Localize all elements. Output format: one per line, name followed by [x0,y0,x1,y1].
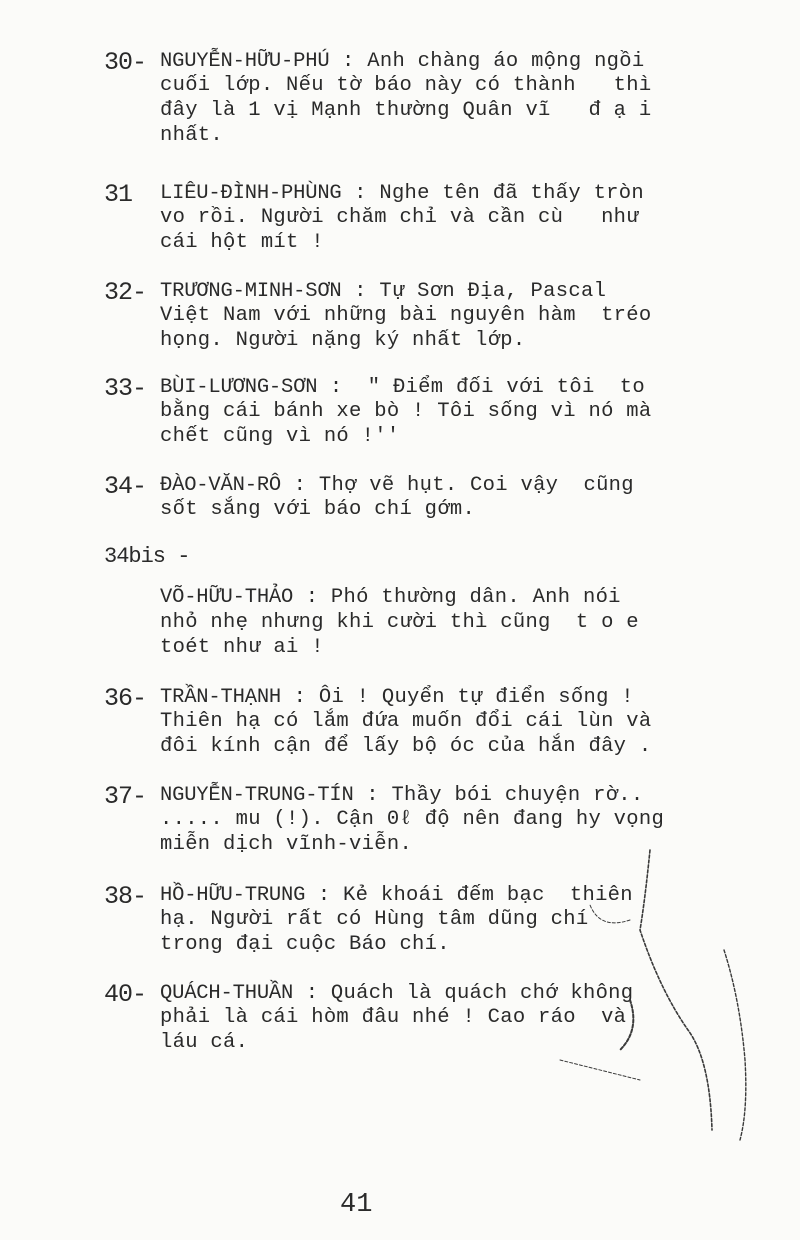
entry-line: hạ. Người rất có Hùng tâm dũng chí [160,908,740,933]
person-name: TRẦN-THẠNH [160,686,281,709]
entry-number: 30- [104,48,146,77]
entry-line: nhỏ nhẹ nhưng khi cười thì cũng t o e [160,611,740,636]
entry-line: đây là 1 vị Mạnh thường Quân vĩ đ ạ i [160,99,740,124]
person-name: TRƯƠNG-MINH-SƠN [160,280,342,303]
person-name: HỒ-HỮU-TRUNG [160,884,305,907]
entry-line: : Quách là quách chớ không [293,982,633,1005]
entry-line: trong đại cuộc Báo chí. [160,933,740,958]
person-name: LIÊU-ĐÌNH-PHÙNG [160,182,342,205]
person-name: QUÁCH-THUẦN [160,982,293,1005]
entry-line: họng. Người nặng ký nhất lớp. [160,329,740,354]
person-name: NGUYỄN-HỮU-PHÚ [160,50,329,73]
entry-line: : Ôi ! Quyển tự điển sống ! [281,686,634,709]
entry-line: cái hột mít ! [160,231,740,256]
entry-line: : Nghe tên đã thấy tròn [342,182,644,205]
entry-line: láu cá. [160,1031,740,1056]
entry-number: 32- [104,278,146,307]
entry-number: 40- [104,980,146,1009]
entry-line: vo rồi. Người chăm chỉ và cần cù như [160,206,740,231]
entry-line: cuối lớp. Nếu tờ báo này có thành thì [160,74,740,99]
person-name: ĐÀO-VĂN-RÔ [160,474,281,497]
entry-line: : Kẻ khoái đếm bạc thiên [305,884,633,907]
entry-number: 38- [104,882,146,911]
entry-line: Thiên hạ có lắm đứa muốn đổi cái lùn và [160,710,740,735]
entry-line: : Tự Sơn Địa, Pascal [342,280,607,303]
person-name: VÕ-HỮU-THẢO [160,586,293,609]
entry-number: 33- [104,374,146,403]
entry-line: ..... mu (!). Cận 0ℓ độ nên đang hy vọng [160,808,740,833]
page-number: 41 [340,1190,372,1220]
entry-number: 36- [104,684,146,713]
typewritten-page: 30- NGUYỄN-HỮU-PHÚ : Anh chàng áo mộng n… [0,0,800,1240]
entry-line: : " Điểm đối với tôi to [317,376,645,399]
entry-line: miễn dịch vĩnh-viễn. [160,833,740,858]
entry-number: 31 [104,180,132,209]
entry-line: phải là cái hòm đâu nhé ! Cao ráo và [160,1006,740,1031]
entry-line: bằng cái bánh xe bò ! Tôi sống vì nó mà [160,400,740,425]
entry-line: Việt Nam với những bài nguyên hàm tréo [160,304,740,329]
entry-line: toét như ai ! [160,636,740,661]
person-name: NGUYỄN-TRUNG-TÍN [160,784,354,807]
entry-line: chết cũng vì nó !'' [160,425,740,450]
entry-number: 34bis - [104,544,189,569]
entry-line: : Thầy bói chuyện rờ.. [354,784,644,807]
person-name: BÙI-LƯƠNG-SƠN [160,376,317,399]
entry-number: 37- [104,782,146,811]
entry-number: 34- [104,472,146,501]
entry-line: : Phó thường dân. Anh nói [293,586,621,609]
entry-line: : Thợ vẽ hụt. Coi vậy cũng [281,474,634,497]
entry-line: : Anh chàng áo mộng ngồi [329,50,644,73]
entry-line: sốt sắng với báo chí gớm. [160,498,740,523]
entry-line: đôi kính cận để lấy bộ óc của hắn đây . [160,735,740,760]
entry-line: nhất. [160,124,740,149]
